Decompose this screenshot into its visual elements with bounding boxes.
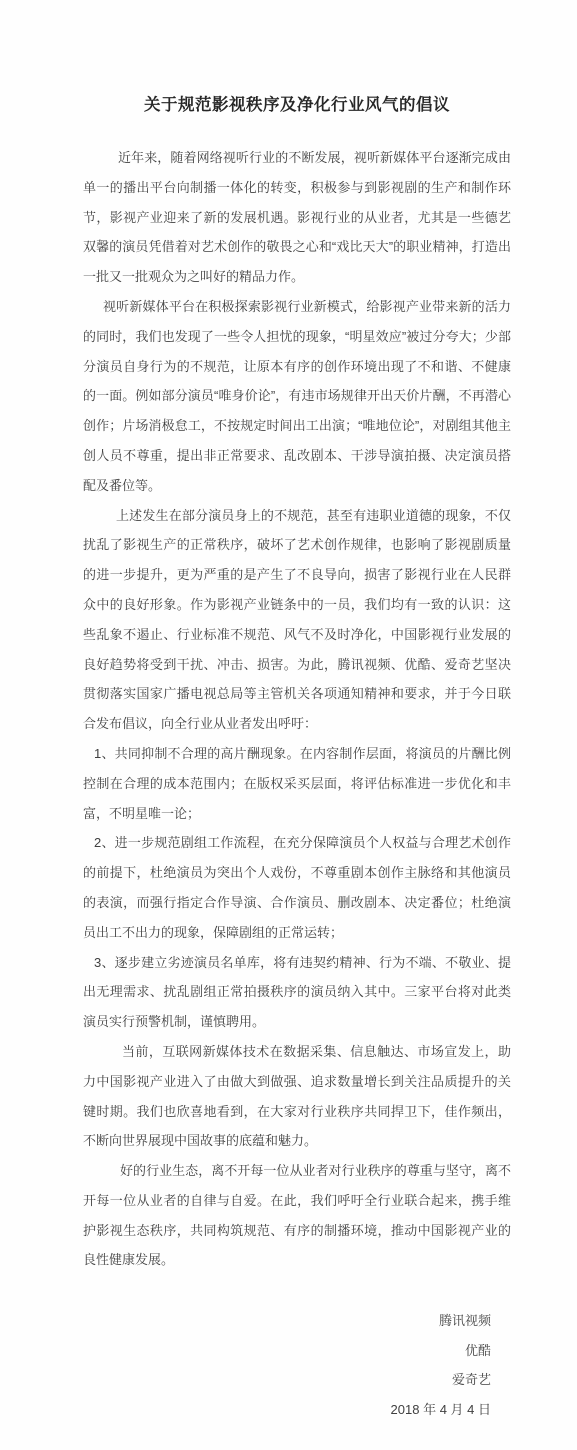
pledge-item-2-regulate-crew-workflow: 2、进一步规范剧组工作流程，在充分保障演员个人权益与合理艺术创作的前提下，杜绝演… bbox=[83, 828, 511, 947]
signature-date: 2018 年 4 月 4 日 bbox=[83, 1395, 491, 1425]
pledge-item-3-misconduct-blacklist: 3、逐步建立劣迹演员名单库，将有违契约精神、行为不端、不敬业、提出无理需求、扰乱… bbox=[83, 948, 511, 1037]
signature-block: 腾讯视频 优酷 爱奇艺 2018 年 4 月 4 日 bbox=[83, 1306, 511, 1424]
signature-tencent-video: 腾讯视频 bbox=[83, 1306, 491, 1336]
pledge-item-1-curb-high-pay: 1、共同抑制不合理的高片酬现象。在内容制作层面，将演员的片酬比例控制在合理的成本… bbox=[83, 739, 511, 828]
paragraph-key-period: 当前，互联网新媒体技术在数据采集、信息触达、市场宣发上，助力中国影视产业进入了由… bbox=[83, 1037, 511, 1156]
document-page: 关于规范影视秩序及净化行业风气的倡议 近年来，随着网络视听行业的不断发展，视听新… bbox=[0, 0, 577, 1450]
document-body: 近年来，随着网络视听行业的不断发展，视听新媒体平台逐渐完成由单一的播出平台向制播… bbox=[83, 143, 511, 1275]
signature-iqiyi: 爱奇艺 bbox=[83, 1365, 491, 1395]
signature-youku: 优酷 bbox=[83, 1336, 491, 1366]
paragraph-closing-appeal: 好的行业生态，离不开每一位从业者对行业秩序的尊重与坚守，离不开每一位从业者的自律… bbox=[83, 1156, 511, 1275]
paragraph-industry-development: 近年来，随着网络视听行业的不断发展，视听新媒体平台逐渐完成由单一的播出平台向制播… bbox=[83, 143, 511, 292]
document-title: 关于规范影视秩序及净化行业风气的倡议 bbox=[83, 93, 511, 117]
paragraph-worrying-phenomena: 视听新媒体平台在积极探索影视行业新模式，给影视产业带来新的活力的同时，我们也发现… bbox=[83, 292, 511, 501]
paragraph-consensus-and-appeal: 上述发生在部分演员身上的不规范，甚至有违职业道德的现象，不仅扰乱了影视生产的正常… bbox=[83, 501, 511, 739]
